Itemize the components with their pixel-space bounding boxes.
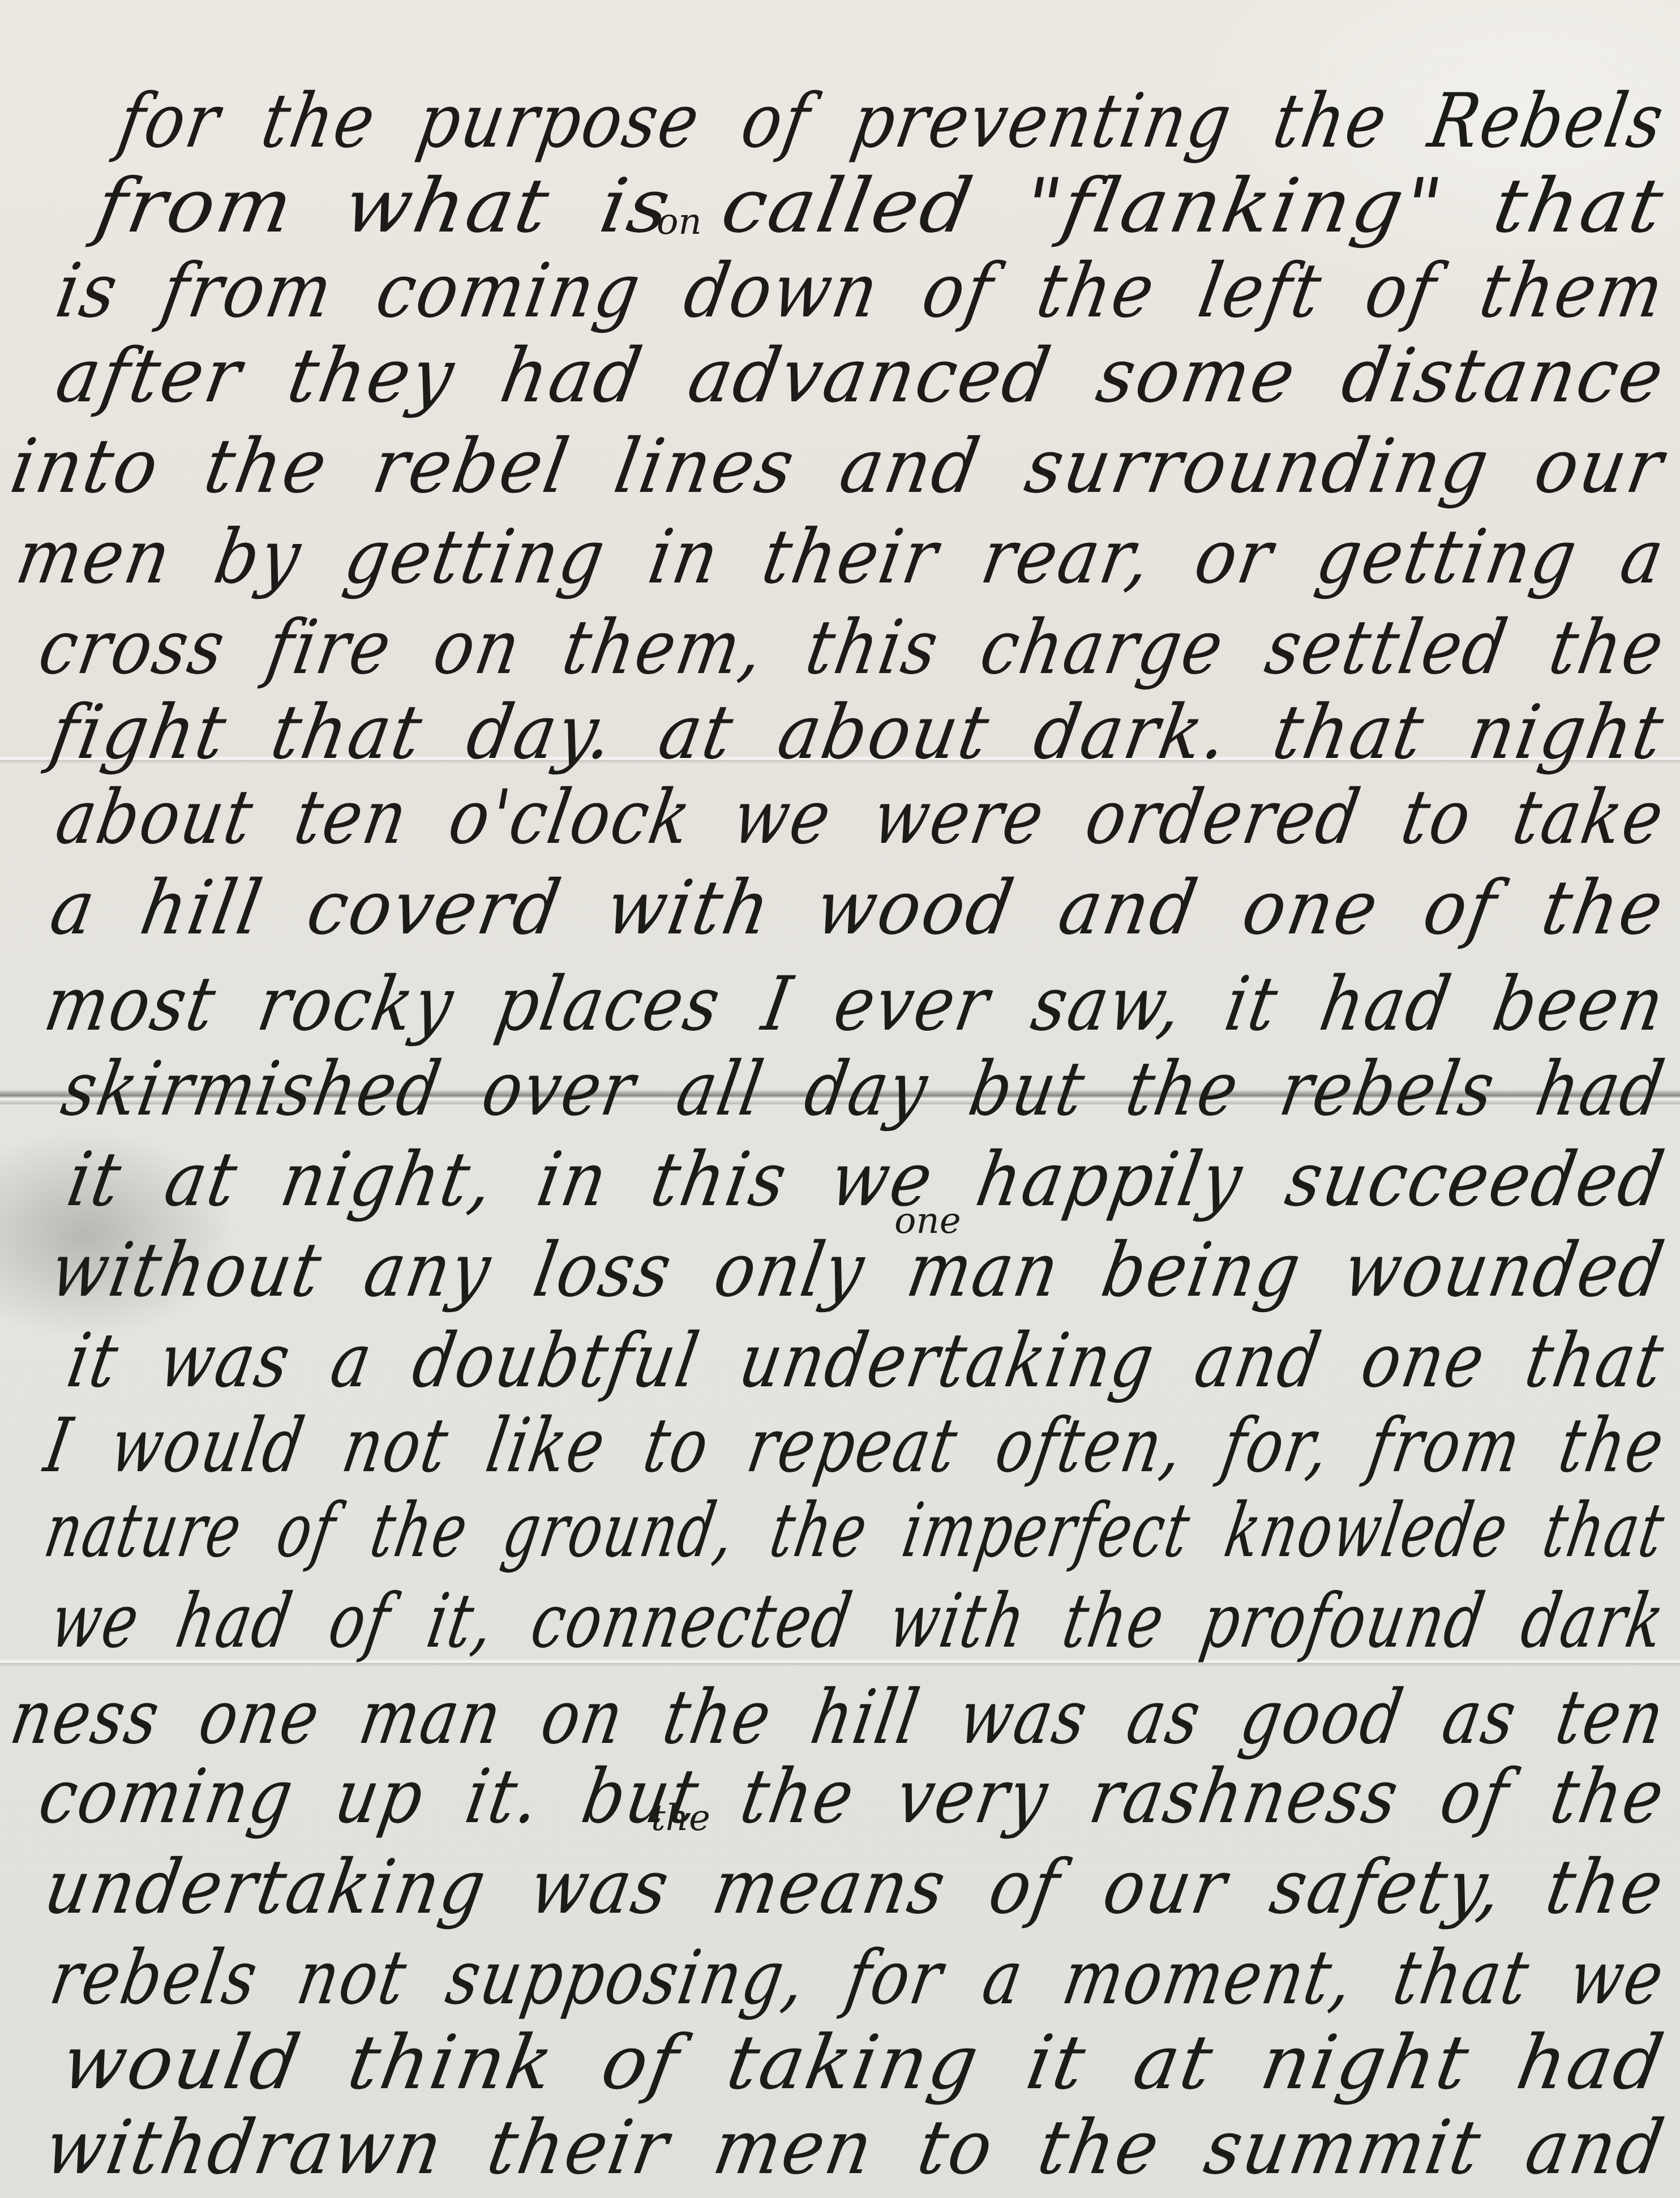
handwritten-line: withdrawn their men to the summit and xyxy=(40,2072,1680,2185)
letter-page: for the purpose of preventing the Rebels… xyxy=(0,0,1680,2198)
